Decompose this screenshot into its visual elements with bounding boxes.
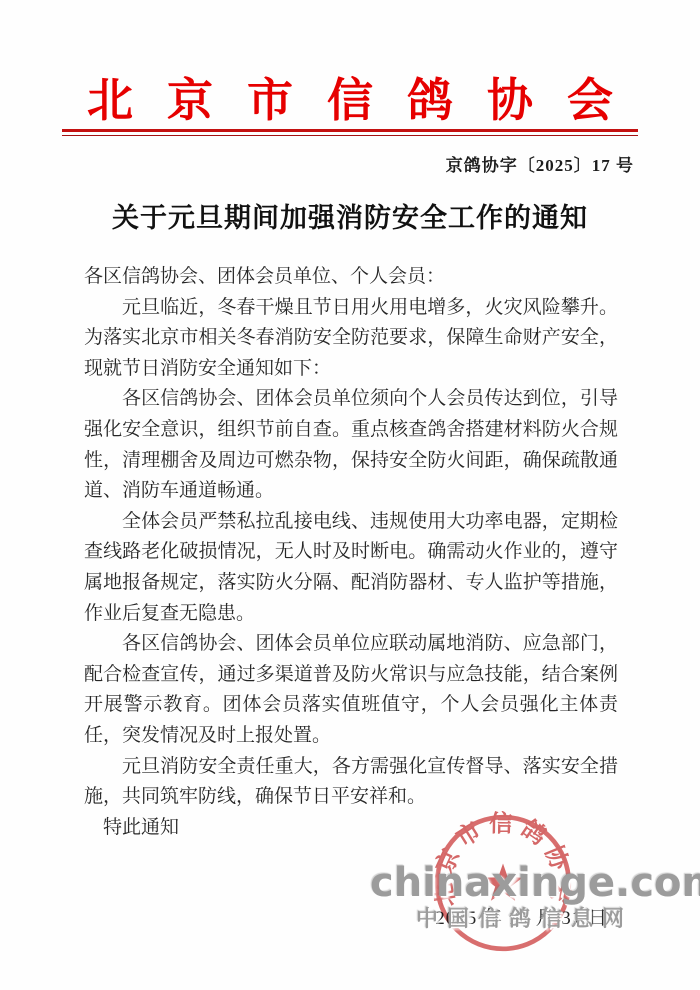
body-paragraph: 元旦消防安全责任重大，各方需强化宣传督导、落实安全措施，共同筑牢防线，确保节日平… <box>84 752 618 813</box>
document-number: 京鸽协字〔2025〕17 号 <box>446 151 634 176</box>
body-paragraph: 各区信鸽协会、团体会员单位须向个人会员传达到位，引导强化安全意识，组织节前自查。… <box>84 384 618 506</box>
notice-body: 各区信鸽协会、团体会员单位、个人会员： 元旦临近，冬春干燥且节日用火用电增多，火… <box>84 262 618 843</box>
notice-title: 关于元旦期间加强消防安全工作的通知 <box>0 196 700 235</box>
body-paragraph: 全体会员严禁私拉乱接电线、违规使用大功率电器，定期检查线路老化破损情况，无人时及… <box>84 507 618 629</box>
issuing-org-title: 北京市信鸽协会 <box>0 64 700 130</box>
red-header-divider <box>62 129 638 136</box>
salutation-line: 各区信鸽协会、团体会员单位、个人会员： <box>84 262 618 293</box>
body-paragraph: 元旦临近，冬春干燥且节日用火用电增多，火灾风险攀升。为落实北京市相关冬春消防安全… <box>84 293 618 385</box>
svg-text:北京市信鸽协会: 北京市信鸽协会 <box>431 811 575 911</box>
seal-org-text: 北京市信鸽协会 <box>431 811 575 911</box>
body-paragraph: 各区信鸽协会、团体会员单位应联动属地消防、应急部门，配合检查宣传，通过多渠道普及… <box>84 629 618 751</box>
official-seal-stamp: 北京市信鸽协会 <box>431 811 575 955</box>
seal-star-icon <box>483 863 522 900</box>
official-notice-document: 北京市信鸽协会 京鸽协字〔2025〕17 号 关于元旦期间加强消防安全工作的通知… <box>0 0 700 990</box>
